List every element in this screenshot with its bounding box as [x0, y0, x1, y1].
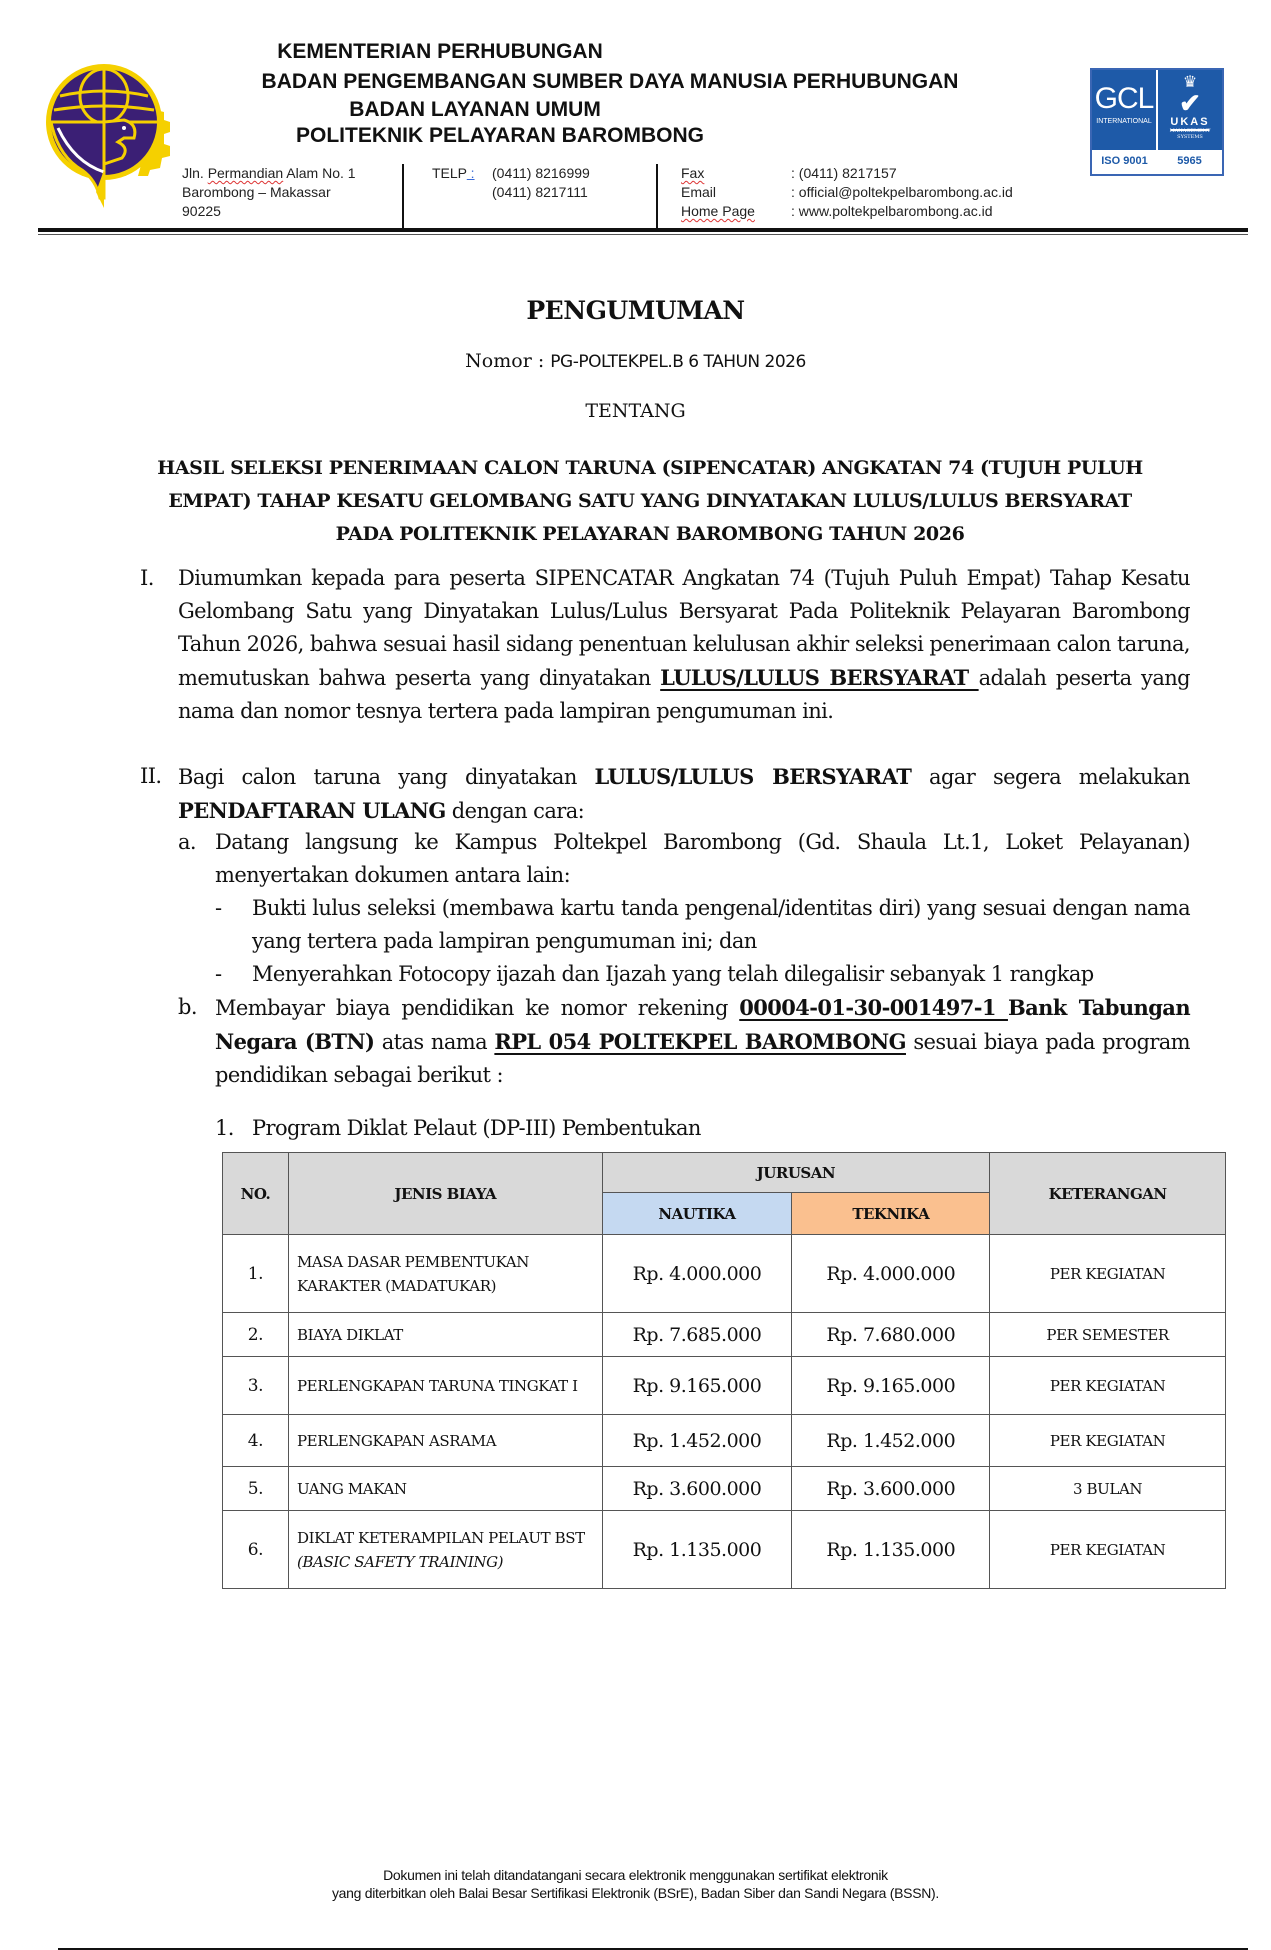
letterhead-rule-thin — [38, 234, 1248, 235]
homepage-label: Home Page — [681, 202, 791, 221]
document-tentang: TENTANG — [0, 400, 1271, 422]
section-marker: II. — [140, 760, 161, 793]
letterhead-institution: POLITEKNIK PELAYARAN BAROMBONG — [150, 124, 850, 148]
row-teknika-amount: Rp. 4.000.000 — [792, 1235, 990, 1313]
footer-line: Dokumen ini telah ditandatangani secara … — [0, 1866, 1271, 1884]
row-teknika-amount: Rp. 3.600.000 — [792, 1467, 990, 1511]
letterhead-address: Jln. Permandian Alam No. 1 Barombong – M… — [182, 164, 402, 221]
row-teknika-amount: Rp. 9.165.000 — [792, 1357, 990, 1415]
street-name: Permandian — [208, 165, 284, 181]
lulus-emphasis: LULUS/LULUS BERSYARAT — [660, 665, 978, 690]
row-nautika-amount: Rp. 1.452.000 — [602, 1415, 792, 1467]
email-value[interactable]: : official@poltekpelbarombong.ac.id — [791, 183, 1013, 202]
header-keterangan: KETERANGAN — [990, 1153, 1226, 1235]
row-teknika-amount: Rp. 1.135.000 — [792, 1511, 990, 1589]
street-suffix: Alam No. 1 — [283, 165, 355, 181]
letterhead-telp: TELP : (0411) 8216999 (0411) 8217111 — [432, 164, 632, 202]
telp-label: TELP : — [432, 164, 492, 183]
bullet-marker: - — [215, 892, 222, 925]
row-jenis-biaya: DIKLAT KETERAMPILAN PELAUT BST (BASIC SA… — [288, 1511, 602, 1589]
footer-line: yang diterbitkan oleh Balai Besar Sertif… — [0, 1884, 1271, 1902]
row-number: 3. — [223, 1357, 289, 1415]
table-row: 5.UANG MAKANRp. 3.600.000Rp. 3.600.0003 … — [223, 1467, 1226, 1511]
program-marker: 1. — [215, 1112, 234, 1145]
row-number: 1. — [223, 1235, 289, 1313]
account-holder: RPL 054 POLTEKPEL BAROMBONG — [494, 1029, 906, 1054]
header-jurusan: JURUSAN — [602, 1153, 990, 1193]
address-city: Barombong – Makassar — [182, 183, 402, 202]
section-marker: I. — [140, 562, 154, 595]
row-jenis-biaya: BIAYA DIKLAT — [288, 1313, 602, 1357]
homepage-value[interactable]: : www.poltekpelbarombong.ac.id — [791, 202, 993, 221]
header-teknika: TEKNIKA — [792, 1193, 990, 1235]
fee-table: NO. JENIS BIAYA JURUSAN KETERANGAN NAUTI… — [222, 1152, 1226, 1589]
row-teknika-amount: Rp. 1.452.000 — [792, 1415, 990, 1467]
row-nautika-amount: Rp. 1.135.000 — [602, 1511, 792, 1589]
table-row: 2.BIAYA DIKLATRp. 7.685.000Rp. 7.680.000… — [223, 1313, 1226, 1357]
ukas-text: UKAS — [1158, 116, 1222, 128]
row-keterangan: PER KEGIATAN — [990, 1415, 1226, 1467]
header-nautika: NAUTIKA — [602, 1193, 792, 1235]
row-jenis-biaya: PERLENGKAPAN ASRAMA — [288, 1415, 602, 1467]
bullet-marker: - — [215, 958, 222, 991]
document-subject: HASIL SELEKSI PENERIMAAN CALON TARUNA (S… — [110, 452, 1190, 551]
row-keterangan: PER SEMESTER — [990, 1313, 1226, 1357]
item-marker: a. — [178, 826, 196, 859]
item-b-paragraph: Membayar biaya pendidikan ke nomor reken… — [215, 991, 1190, 1092]
subject-line: HASIL SELEKSI PENERIMAAN CALON TARUNA (S… — [110, 452, 1190, 485]
nomor-value: PG-POLTEKPEL.B 6 TAHUN 2026 — [550, 352, 806, 372]
document-title: PENGUMUMAN — [0, 296, 1271, 325]
row-nautika-amount: Rp. 7.685.000 — [602, 1313, 792, 1357]
row-jenis-biaya: UANG MAKAN — [288, 1467, 602, 1511]
table-row: 3.PERLENGKAPAN TARUNA TINGKAT IRp. 9.165… — [223, 1357, 1226, 1415]
row-number: 5. — [223, 1467, 289, 1511]
row-jenis-biaya: PERLENGKAPAN TARUNA TINGKAT I — [288, 1357, 602, 1415]
item-marker: b. — [178, 991, 197, 1024]
letterhead-agency: BADAN PENGEMBANGAN SUMBER DAYA MANUSIA P… — [150, 70, 1070, 94]
address-postal: 90225 — [182, 202, 402, 221]
document-number: Nomor : PG-POLTEKPEL.B 6 TAHUN 2026 — [0, 350, 1271, 372]
letterhead-ministry: KEMENTERIAN PERHUBUNGAN — [150, 40, 730, 64]
subject-line: PADA POLITEKNIK PELAYARAN BAROMBONG TAHU… — [110, 518, 1190, 551]
gcl-sub-text: INTERNATIONAL — [1092, 118, 1156, 125]
letterhead-contact: Fax: (0411) 8217157 Email: official@polt… — [681, 164, 1101, 221]
row-keterangan: PER KEGIATAN — [990, 1511, 1226, 1589]
bullet-item: Menyerahkan Fotocopy ijazah dan Ijazah y… — [252, 958, 1190, 991]
letterhead-divider — [656, 164, 658, 228]
fax-value: : (0411) 8217157 — [791, 164, 897, 183]
table-row: 1.MASA DASAR PEMBENTUKAN KARAKTER (MADAT… — [223, 1235, 1226, 1313]
iso-certification-badge: GCL INTERNATIONAL ♛ ✔ UKAS MANAGEMENT SY… — [1090, 68, 1224, 176]
row-nautika-amount: Rp. 4.000.000 — [602, 1235, 792, 1313]
gcl-logo-text: GCL — [1092, 80, 1156, 118]
bullet-item: Bukti lulus seleksi (membawa kartu tanda… — [252, 892, 1190, 958]
fax-label: Fax — [681, 164, 791, 183]
table-row: 6.DIKLAT KETERAMPILAN PELAUT BST (BASIC … — [223, 1511, 1226, 1589]
street-prefix: Jln. — [182, 165, 208, 181]
row-keterangan: PER KEGIATAN — [990, 1357, 1226, 1415]
row-nautika-amount: Rp. 9.165.000 — [602, 1357, 792, 1415]
row-nautika-amount: Rp. 3.600.000 — [602, 1467, 792, 1511]
letterhead-unit: BADAN LAYANAN UMUM — [150, 98, 800, 122]
header-jenis-biaya: JENIS BIAYA — [288, 1153, 602, 1235]
row-number: 4. — [223, 1415, 289, 1467]
nomor-label: Nomor : — [465, 350, 550, 372]
ukas-sub-2: SYSTEMS — [1158, 134, 1222, 140]
header-no: NO. — [223, 1153, 289, 1235]
section-1-paragraph: Diumumkan kepada para peserta SIPENCATAR… — [178, 562, 1190, 728]
subject-line: EMPAT) TAHAP KESATU GELOMBANG SATU YANG … — [110, 485, 1190, 518]
cert-number: 5965 — [1157, 150, 1222, 172]
row-teknika-amount: Rp. 7.680.000 — [792, 1313, 990, 1357]
item-a-paragraph: Datang langsung ke Kampus Poltekpel Baro… — [215, 826, 1190, 892]
telp-number-1: (0411) 8216999 — [492, 165, 590, 181]
letterhead-divider — [402, 164, 404, 228]
row-keterangan: PER KEGIATAN — [990, 1235, 1226, 1313]
row-number: 6. — [223, 1511, 289, 1589]
row-keterangan: 3 BULAN — [990, 1467, 1226, 1511]
email-label: Email — [681, 183, 791, 202]
program-label: Program Diklat Pelaut (DP-III) Pembentuk… — [252, 1112, 1152, 1145]
row-jenis-biaya: MASA DASAR PEMBENTUKAN KARAKTER (MADATUK… — [288, 1235, 602, 1313]
account-number: 00004-01-30-001497-1 — [739, 995, 1008, 1020]
esign-footer: Dokumen ini telah ditandatangani secara … — [0, 1866, 1271, 1902]
table-row: 4.PERLENGKAPAN ASRAMARp. 1.452.000Rp. 1.… — [223, 1415, 1226, 1467]
iso-standard: ISO 9001 — [1092, 150, 1157, 172]
checkmark-icon: ✔ — [1158, 92, 1222, 116]
telp-number-2: (0411) 8217111 — [492, 184, 588, 200]
section-2-paragraph: Bagi calon taruna yang dinyatakan LULUS/… — [178, 760, 1190, 828]
letterhead-rule — [38, 228, 1248, 232]
row-number: 2. — [223, 1313, 289, 1357]
